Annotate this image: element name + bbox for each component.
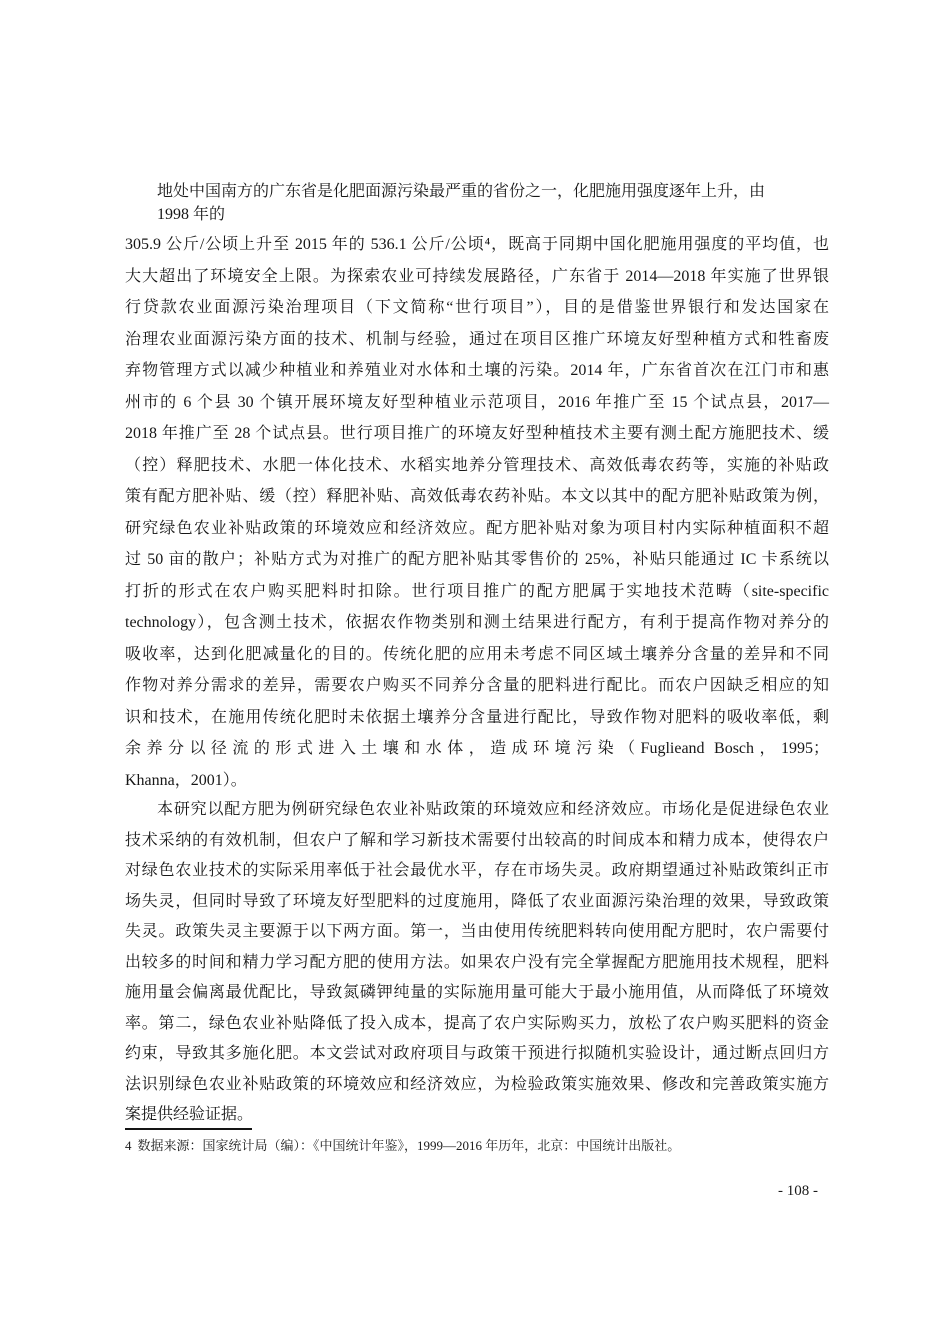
text-line: 州市的 6 个县 30 个镇开展环境友好型种植业示范项目，2016 年推广至 1…	[125, 387, 829, 419]
text-line: 场失灵，但同时导致了环境友好型肥料的过度施用，降低了农业面源污染治理的效果，导致…	[125, 887, 829, 918]
text-line: 大大超出了环境安全上限。为探索农业可持续发展路径，广东省于 2014—2018 …	[125, 261, 829, 293]
paragraph-1: 305.9 公斤/公顷上升至 2015 年的 536.1 公斤/公顷⁴，既高于同…	[125, 229, 829, 796]
text-line: 本研究以配方肥为例研究绿色农业补贴政策的环境效应和经济效应。市场化是促进绿色农业	[125, 795, 829, 826]
text-line: 余养分以径流的形式进入土壤和水体，造成环境污染（Fuglieand Bosch，…	[125, 733, 829, 765]
footnote-marker: 4	[125, 1138, 132, 1153]
page-number: - 108 -	[778, 1182, 818, 1200]
text-line: 失灵。政策失灵主要源于以下两方面。第一，当由使用传统肥料转向使用配方肥时，农户需…	[125, 917, 829, 948]
footnote-text: 数据来源：国家统计局（编）：《中国统计年鉴》，1999—2016 年历年，北京：…	[138, 1138, 681, 1153]
paragraph-2: 本研究以配方肥为例研究绿色农业补贴政策的环境效应和经济效应。市场化是促进绿色农业…	[125, 795, 829, 1131]
text-line: 打折的形式在农户购买肥料时扣除。世行项目推广的配方肥属于实地技术范畴（site-…	[125, 576, 829, 608]
text-line: 弃物管理方式以减少种植业和养殖业对水体和土壤的污染。2014 年，广东省首次在江…	[125, 355, 829, 387]
text-line: 约束，导致其多施化肥。本文尝试对政府项目与政策干预进行拟随机实验设计，通过断点回…	[125, 1039, 829, 1070]
text-line: 1998 年的	[157, 203, 765, 226]
text-line: 识和技术，在施用传统化肥时未依据土壤养分含量进行配比，导致作物对肥料的吸收率低，…	[125, 702, 829, 734]
text-line: 率。第二，绿色农业补贴降低了投入成本，提高了农户实际购买力，放松了农户购买肥料的…	[125, 1009, 829, 1040]
text-line: 地处中国南方的广东省是化肥面源污染最严重的省份之一，化肥施用强度逐年上升，由	[157, 180, 765, 203]
text-line: 2018 年推广至 28 个试点县。世行项目推广的环境友好型种植技术主要有测土配…	[125, 418, 829, 450]
text-line: 出较多的时间和精力学习配方肥的使用方法。如果农户没有完全掌握配方肥施用技术规程，…	[125, 948, 829, 979]
footnote: 4数据来源：国家统计局（编）：《中国统计年鉴》，1999—2016 年历年，北京…	[125, 1136, 685, 1156]
footnote-separator	[125, 1128, 252, 1130]
document-page: 地处中国南方的广东省是化肥面源污染最严重的省份之一，化肥施用强度逐年上升，由19…	[0, 0, 950, 1344]
text-line: 技术采纳的有效机制，但农户了解和学习新技术需要付出较高的时间成本和精力成本，使得…	[125, 826, 829, 857]
text-line: 施用量会偏离最优配比，导致氮磷钾纯量的实际施用量可能大于最小施用值，从而降低了环…	[125, 978, 829, 1009]
text-line: 法识别绿色农业补贴政策的环境效应和经济效应，为检验政策实施效果、修改和完善政策实…	[125, 1070, 829, 1101]
text-line: 案提供经验证据。	[125, 1100, 829, 1131]
text-line: Khanna，2001）。	[125, 765, 829, 797]
text-line: 对绿色农业技术的实际采用率低于社会最优水平，存在市场失灵。政府期望通过补贴政策纠…	[125, 856, 829, 887]
text-line: 研究绿色农业补贴政策的环境效应和经济效应。配方肥补贴对象为项目村内实际种植面积不…	[125, 513, 829, 545]
text-line: 305.9 公斤/公顷上升至 2015 年的 536.1 公斤/公顷⁴，既高于同…	[125, 229, 829, 261]
text-line: 治理农业面源污染方面的技术、机制与经验，通过在项目区推广环境友好型种植方式和牲畜…	[125, 324, 829, 356]
paragraph-intro: 地处中国南方的广东省是化肥面源污染最严重的省份之一，化肥施用强度逐年上升，由19…	[157, 180, 765, 226]
text-line: 吸收率，达到化肥减量化的目的。传统化肥的应用未考虑不同区域土壤养分含量的差异和不…	[125, 639, 829, 671]
text-line: （控）释肥技术、水肥一体化技术、水稻实地养分管理技术、高效低毒农药等，实施的补贴…	[125, 450, 829, 482]
text-line: 过 50 亩的散户；补贴方式为对推广的配方肥补贴其零售价的 25%，补贴只能通过…	[125, 544, 829, 576]
text-line: 行贷款农业面源污染治理项目（下文简称“世行项目”），目的是借鉴世界银行和发达国家…	[125, 292, 829, 324]
text-line: 策有配方肥补贴、缓（控）释肥补贴、高效低毒农药补贴。本文以其中的配方肥补贴政策为…	[125, 481, 829, 513]
text-line: 作物对养分需求的差异，需要农户购买不同养分含量的肥料进行配比。而农户因缺乏相应的…	[125, 670, 829, 702]
text-line: technology），包含测土技术，依据农作物类别和测土结果进行配方，有利于提…	[125, 607, 829, 639]
